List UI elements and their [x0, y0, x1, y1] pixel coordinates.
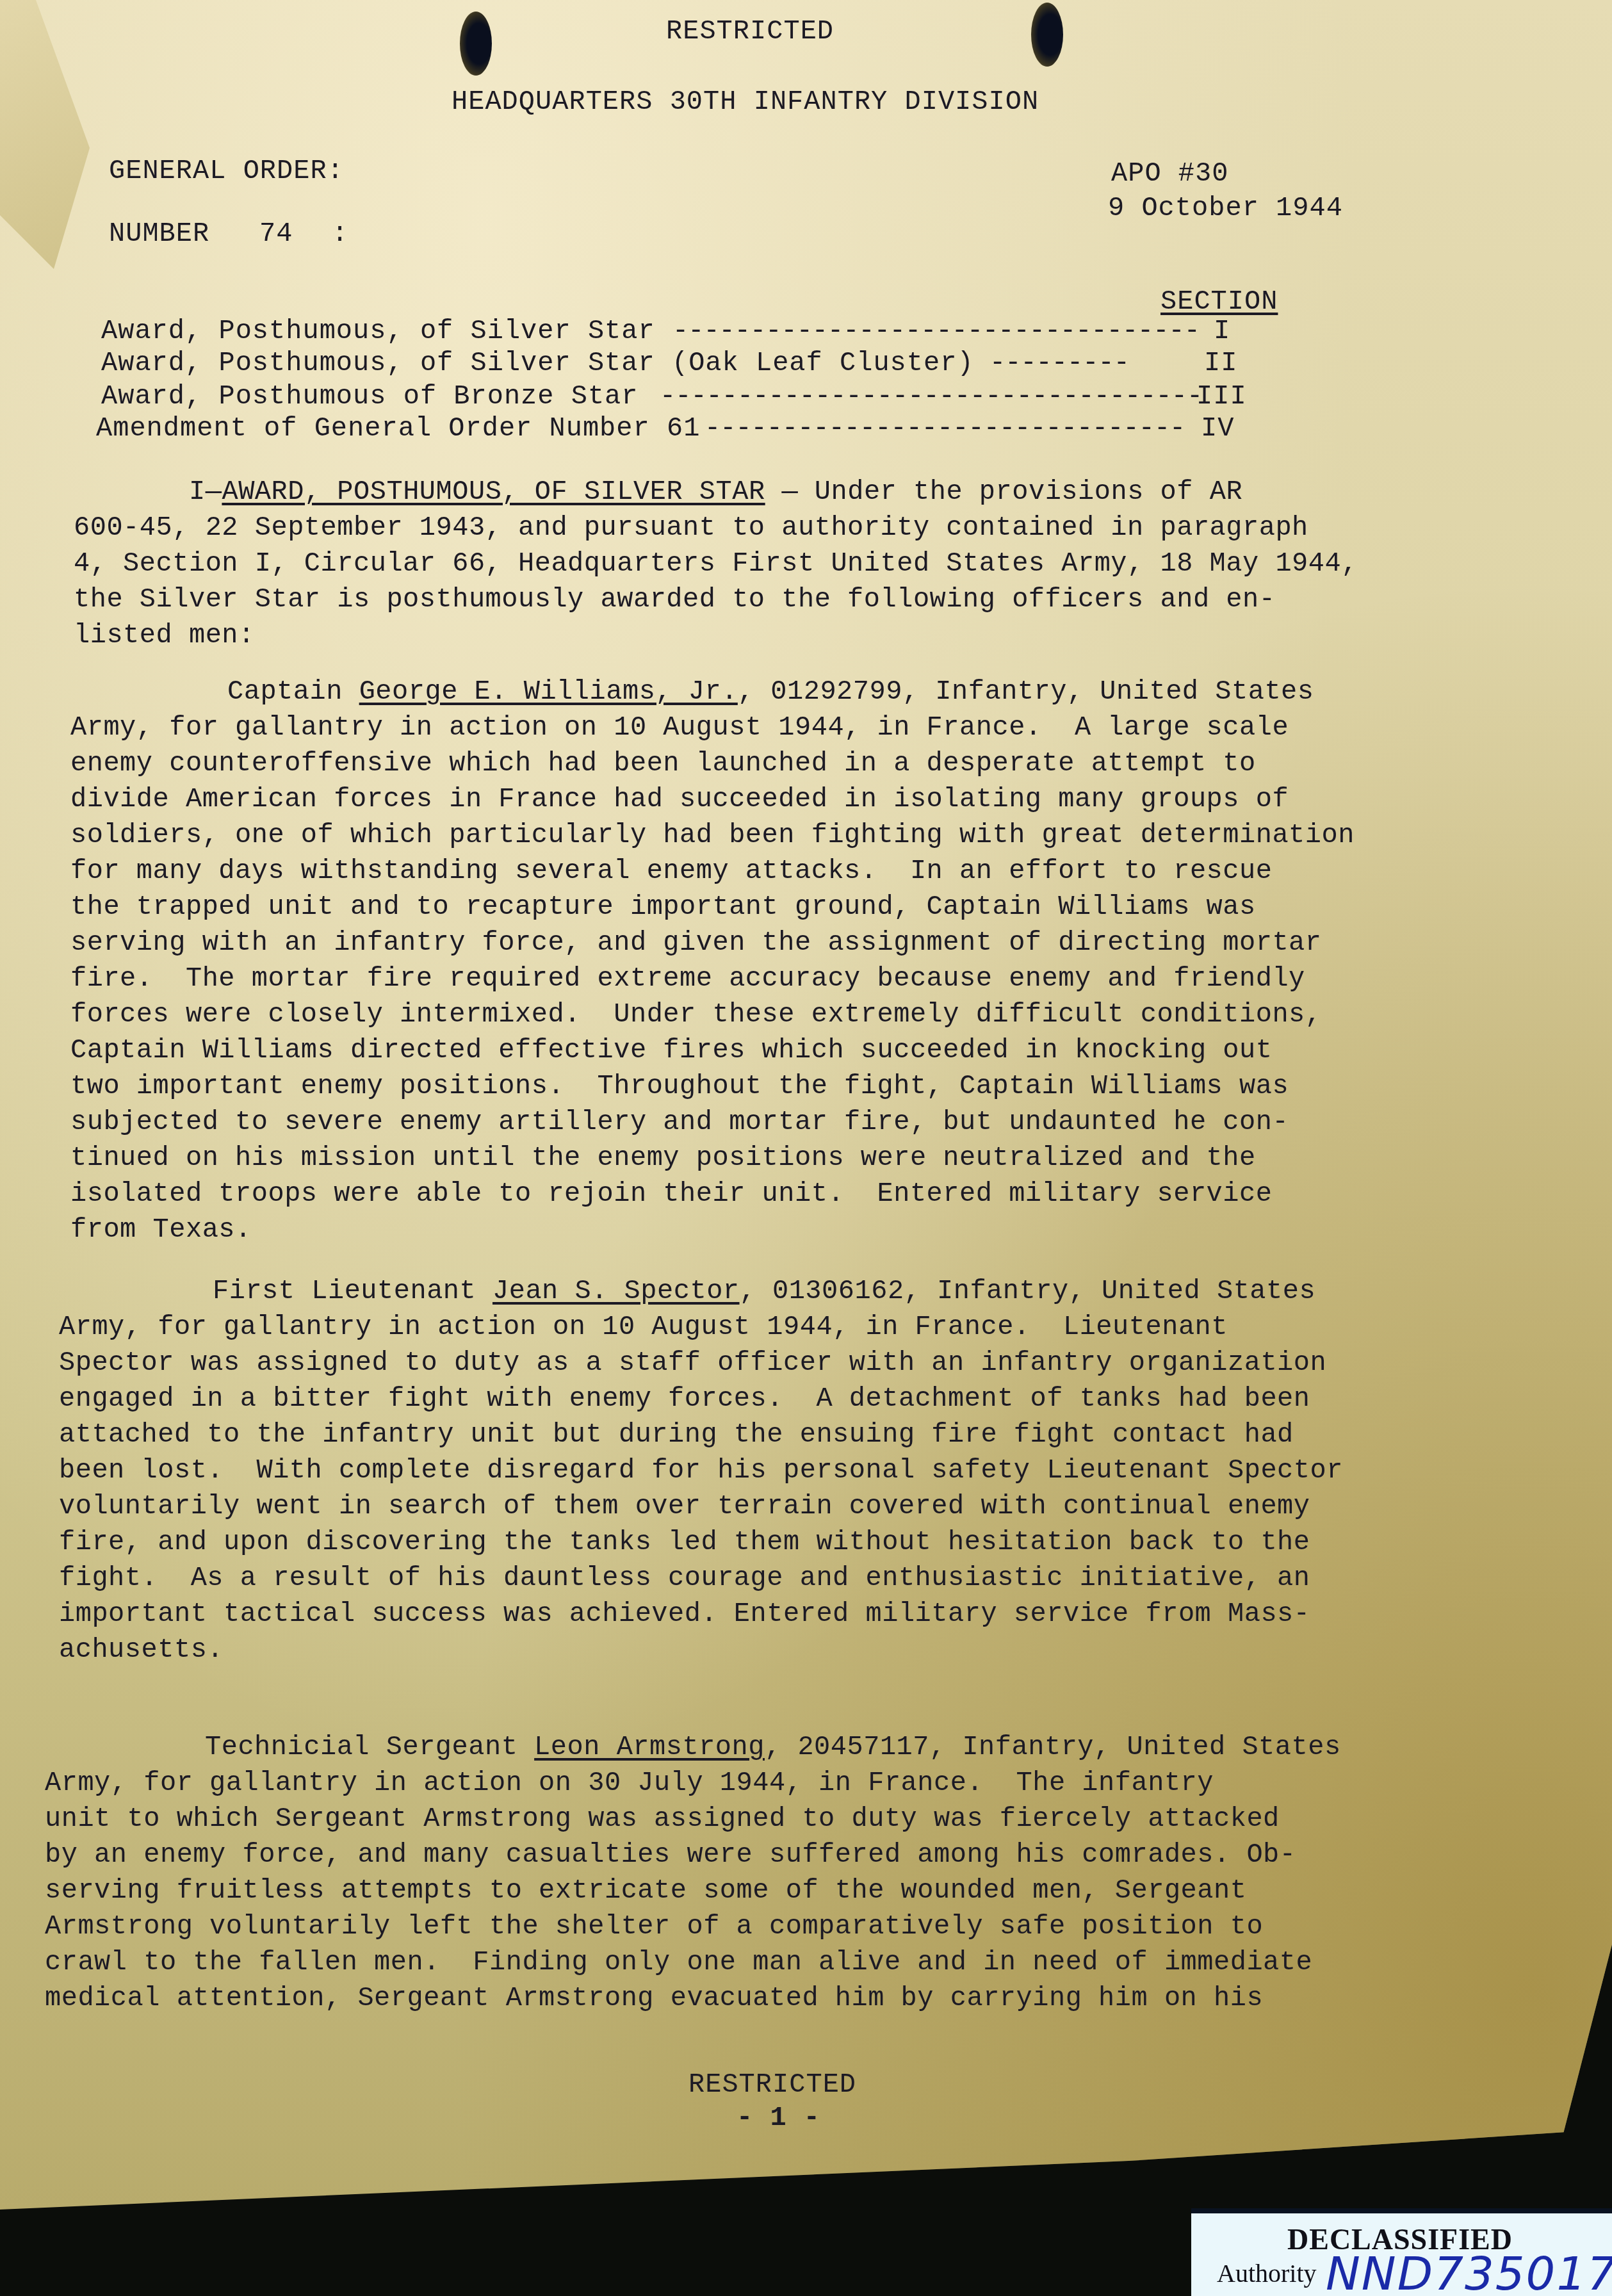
citation-line: Armstrong voluntarily left the shelter o… — [45, 1909, 1341, 1944]
contents-section-number: III — [1196, 379, 1247, 414]
intro-line: the Silver Star is posthumously awarded … — [74, 582, 1358, 617]
citation-rank: Technicial Sergeant — [205, 1732, 517, 1763]
intro-line: — Under the provisions of AR — [765, 476, 1242, 507]
citation-armstrong: Technicial Sergeant Leon Armstrong, 2045… — [45, 1729, 1341, 2016]
citation-line: the trapped unit and to recapture import… — [70, 889, 1355, 925]
citation-name: Leon Armstrong — [534, 1732, 765, 1763]
citation-line: serving fruitless attempts to extricate … — [45, 1873, 1341, 1909]
contents-leader: ----------------------------------- — [660, 379, 1202, 414]
punch-hole-right — [1031, 3, 1063, 67]
order-number: 74 — [259, 216, 293, 252]
order-date: 9 October 1944 — [1108, 191, 1343, 226]
apo-number: APO #30 — [1111, 156, 1228, 191]
declassified-stamp: DECLASSIFIED Authority NND735017 — [1191, 2208, 1612, 2296]
citation-line: forces were closely intermixed. Under th… — [70, 997, 1355, 1032]
contents-title: Award, Posthumous of Bronze Star — [101, 379, 639, 414]
citation-line: enemy counteroffensive which had been la… — [70, 745, 1355, 781]
citation-line: tinued on his mission until the enemy po… — [70, 1140, 1355, 1176]
citation-serial: , 01292799, Infantry, United States — [738, 676, 1314, 707]
citation-serial: , 01306162, Infantry, United States — [740, 1276, 1316, 1307]
stamp-authority-number: NND735017 — [1326, 2247, 1612, 2296]
section-1-heading: AWARD, POSTHUMOUS, OF SILVER STAR — [222, 476, 765, 507]
citation-line: two important enemy positions. Throughou… — [70, 1068, 1355, 1104]
citation-rank: First Lieutenant — [213, 1276, 476, 1307]
contents-leader: ---------------------------------- — [672, 314, 1200, 349]
citation-rank: Captain — [227, 676, 343, 707]
classification-top: RESTRICTED — [666, 14, 834, 49]
citation-name: George E. Williams, Jr. — [359, 676, 738, 707]
citation-line: been lost. With complete disregard for h… — [59, 1453, 1343, 1488]
citation-line: fire, and upon discovering the tanks led… — [59, 1524, 1343, 1560]
citation-spector: First Lieutenant Jean S. Spector, 013061… — [59, 1273, 1343, 1668]
page-number: - 1 - — [737, 2101, 820, 2136]
document-page: RESTRICTED HEADQUARTERS 30TH INFANTRY DI… — [0, 0, 1612, 2210]
section-1-prefix: I— — [189, 476, 222, 507]
contents-title: Amendment of General Order Number 61 — [96, 411, 700, 446]
citation-line: attached to the infantry unit but during… — [59, 1417, 1343, 1453]
citation-line: divide American forces in France had suc… — [70, 781, 1355, 817]
citation-line: Army, for gallantry in action on 10 Augu… — [59, 1309, 1343, 1345]
organization-title: HEADQUARTERS 30TH INFANTRY DIVISION — [452, 85, 1039, 120]
contents-title: Award, Posthumous, of Silver Star (Oak L… — [101, 346, 974, 381]
contents-leader: --------- — [989, 346, 1129, 381]
classification-bottom: RESTRICTED — [688, 2067, 856, 2103]
contents-section-number: IV — [1201, 411, 1234, 446]
intro-line: listed men: — [74, 617, 1358, 653]
folded-corner — [0, 0, 90, 269]
citation-line: unit to which Sergeant Armstrong was ass… — [45, 1801, 1341, 1837]
citation-line: engaged in a bitter fight with enemy for… — [59, 1381, 1343, 1417]
punch-hole-left — [460, 12, 492, 76]
citation-line: soldiers, one of which particularly had … — [70, 817, 1355, 853]
stamp-authority-label: Authority — [1217, 2258, 1317, 2288]
citation-name: Jean S. Spector — [493, 1276, 740, 1307]
citation-line: voluntarily went in search of them over … — [59, 1488, 1343, 1524]
citation-serial: , 20457117, Infantry, United States — [765, 1732, 1341, 1763]
contents-section-number: II — [1204, 346, 1237, 381]
citation-line: Captain Williams directed effective fire… — [70, 1032, 1355, 1068]
citation-line: fire. The mortar fire required extreme a… — [70, 961, 1355, 997]
citation-line: achusetts. — [59, 1632, 1343, 1668]
citation-line: medical attention, Sergeant Armstrong ev… — [45, 1980, 1341, 2016]
citation-line: for many days withstanding several enemy… — [70, 853, 1355, 889]
citation-line: fight. As a result of his dauntless cour… — [59, 1560, 1343, 1596]
citation-line: isolated troops were able to rejoin thei… — [70, 1176, 1355, 1212]
citation-line: serving with an infantry force, and give… — [70, 925, 1355, 961]
section-1-intro: I—AWARD, POSTHUMOUS, OF SILVER STAR — Un… — [74, 474, 1358, 653]
citation-line: from Texas. — [70, 1212, 1355, 1248]
citation-line: important tactical success was achieved.… — [59, 1596, 1343, 1632]
citation-line: crawl to the fallen men. Finding only on… — [45, 1944, 1341, 1980]
citation-williams: Captain George E. Williams, Jr., 0129279… — [70, 674, 1355, 1248]
contents-leader: ------------------------------- — [704, 411, 1185, 446]
intro-line: 4, Section I, Circular 66, Headquarters … — [74, 546, 1358, 582]
citation-line: by an enemy force, and many casualties w… — [45, 1837, 1341, 1873]
number-colon: : — [332, 216, 348, 252]
contents-title: Award, Posthumous, of Silver Star — [101, 314, 655, 349]
contents-section-number: I — [1214, 314, 1230, 349]
general-order-label: GENERAL ORDER: — [109, 154, 344, 189]
citation-line: Army, for gallantry in action on 10 Augu… — [70, 710, 1355, 745]
citation-line: Spector was assigned to duty as a staff … — [59, 1345, 1343, 1381]
citation-line: Army, for gallantry in action on 30 July… — [45, 1765, 1341, 1801]
intro-line: 600-45, 22 September 1943, and pursuant … — [74, 510, 1358, 546]
number-label: NUMBER — [109, 216, 209, 252]
citation-line: subjected to severe enemy artillery and … — [70, 1104, 1355, 1140]
